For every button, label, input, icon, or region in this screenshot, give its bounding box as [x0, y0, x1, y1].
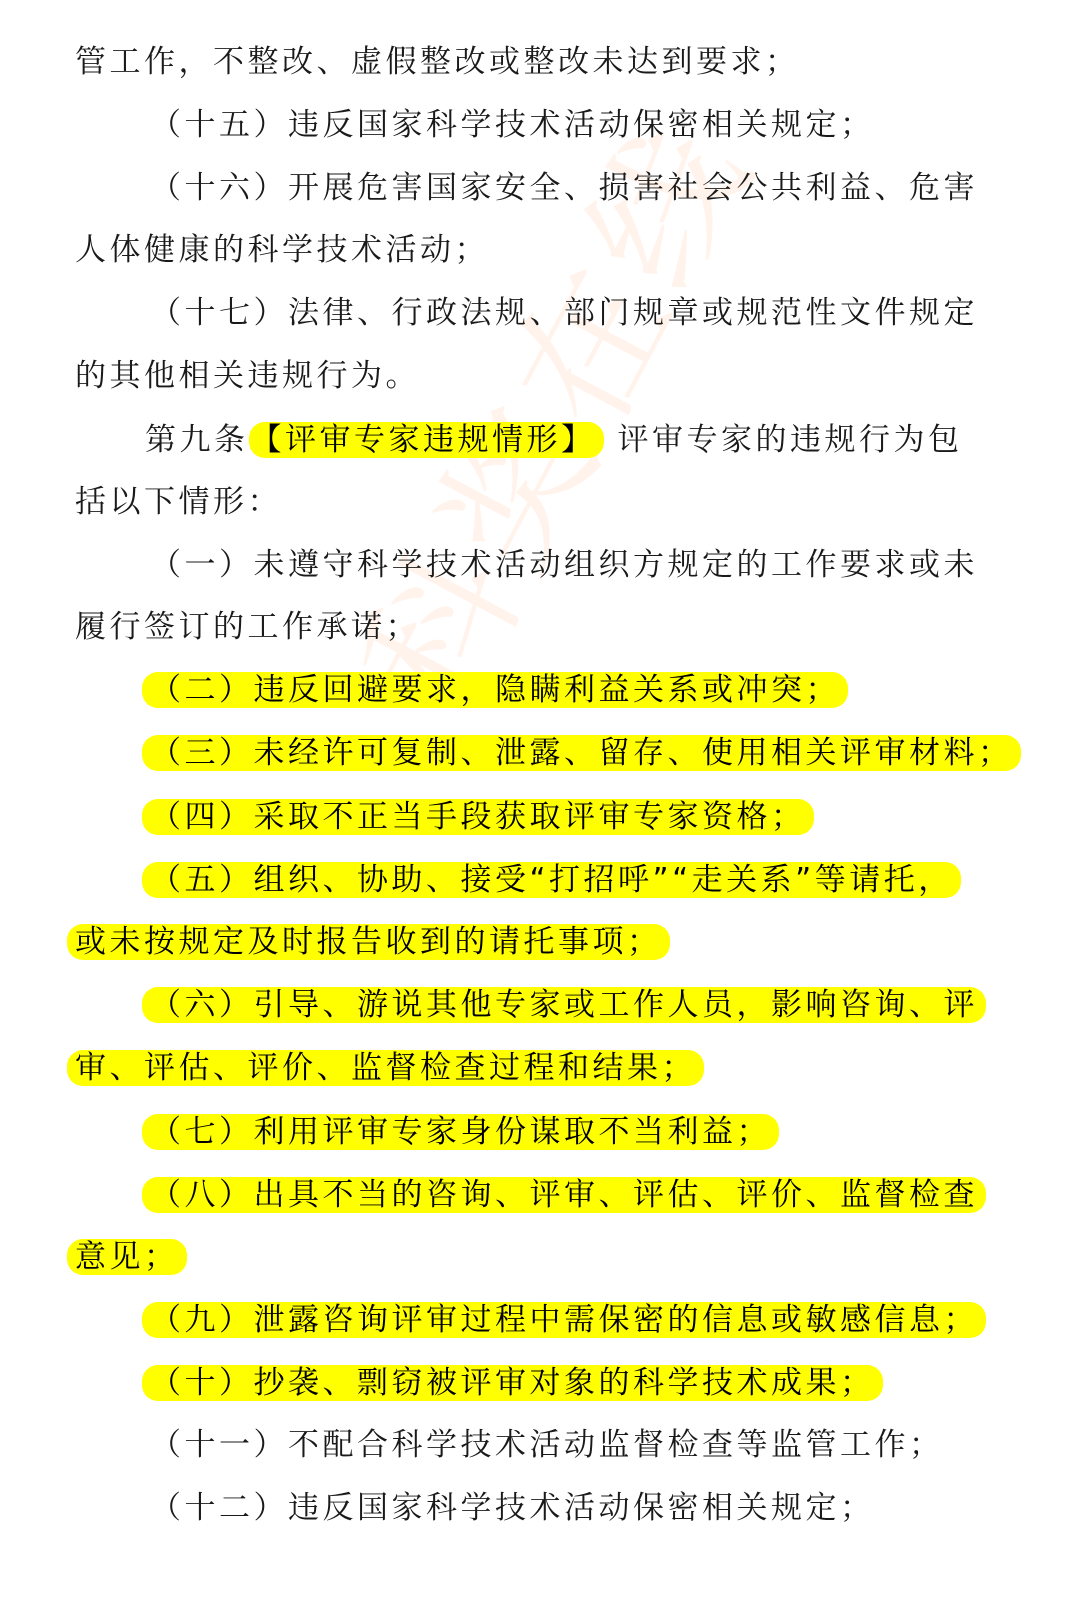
line-text: （一）未遵守科学技术活动组织方规定的工作要求或未	[150, 547, 978, 583]
list-item-2: （二）违反回避要求，隐瞒利益关系或冲突；	[150, 670, 848, 710]
line-text: 括以下情形：	[75, 484, 282, 520]
list-item-8: （八）出具不当的咨询、评审、评估、评价、监督检查	[150, 1175, 986, 1215]
highlighted-text: （六）引导、游说其他专家或工作人员，影响咨询、评	[142, 987, 986, 1023]
list-item-8-cont: 意见；	[75, 1237, 187, 1277]
highlighted-text: 意见；	[67, 1239, 187, 1275]
highlighted-text: （五）组织、协助、接受“打招呼”“走关系”等请托，	[142, 862, 961, 898]
highlighted-text: （四）采取不正当手段获取评审专家资格；	[142, 799, 814, 835]
line-text: （十二）违反国家科学技术活动保密相关规定；	[150, 1490, 875, 1526]
article-9-heading: 第九条【评审专家违规情形】评审专家的违规行为包	[145, 420, 963, 460]
list-item-9: （九）泄露咨询评审过程中需保密的信息或敏感信息；	[150, 1300, 986, 1340]
list-item-4: （四）采取不正当手段获取评审专家资格；	[150, 797, 814, 837]
list-item-1-cont: 履行签订的工作承诺；	[75, 607, 420, 647]
highlighted-text: 或未按规定及时报告收到的请托事项；	[67, 924, 670, 960]
list-item-15: （十五）违反国家科学技术活动保密相关规定；	[150, 105, 850, 145]
line-text: （十五）违反国家科学技术活动保密相关规定；	[150, 107, 875, 143]
highlighted-text: 审、评估、评价、监督检查过程和结果；	[67, 1050, 704, 1086]
list-item-16-cont: 人体健康的科学技术活动；	[75, 230, 489, 270]
list-item-16: （十六）开展危害国家安全、损害社会公共利益、危害	[150, 168, 970, 208]
text-line: 管工作，不整改、虚假整改或整改未达到要求；	[75, 42, 800, 82]
list-item-5-cont: 或未按规定及时报告收到的请托事项；	[75, 922, 670, 962]
highlighted-text: （三）未经许可复制、泄露、留存、使用相关评审材料；	[142, 735, 1021, 771]
list-item-6-cont: 审、评估、评价、监督检查过程和结果；	[75, 1048, 704, 1088]
highlighted-text: （八）出具不当的咨询、评审、评估、评价、监督检查	[142, 1177, 986, 1213]
document-page: 科奖在线 管工作，不整改、虚假整改或整改未达到要求； （十五）违反国家科学技术活…	[0, 0, 1080, 1615]
list-item-12: （十二）违反国家科学技术活动保密相关规定；	[150, 1488, 875, 1528]
article-intro: 评审专家的违规行为包	[618, 422, 963, 458]
list-item-17-cont: 的其他相关违规行为。	[75, 356, 420, 396]
list-item-3: （三）未经许可复制、泄露、留存、使用相关评审材料；	[150, 733, 1021, 773]
list-item-6: （六）引导、游说其他专家或工作人员，影响咨询、评	[150, 985, 986, 1025]
line-text: 履行签订的工作承诺；	[75, 609, 420, 645]
list-item-5: （五）组织、协助、接受“打招呼”“走关系”等请托，	[150, 860, 961, 900]
line-text: （十一）不配合科学技术活动监督检查等监管工作；	[150, 1427, 944, 1463]
line-text: 的其他相关违规行为。	[75, 358, 420, 394]
line-text: 人体健康的科学技术活动；	[75, 232, 489, 268]
list-item-7: （七）利用评审专家身份谋取不当利益；	[150, 1112, 779, 1152]
article-number: 第九条	[145, 422, 249, 458]
list-item-1: （一）未遵守科学技术活动组织方规定的工作要求或未	[150, 545, 978, 585]
line-text: （十六）开展危害国家安全、损害社会公共利益、危害	[150, 170, 978, 206]
line-text: 管工作，不整改、虚假整改或整改未达到要求；	[75, 42, 800, 82]
highlighted-text: （二）违反回避要求，隐瞒利益关系或冲突；	[142, 672, 848, 708]
list-item-10: （十）抄袭、剽窃被评审对象的科学技术成果；	[150, 1363, 883, 1403]
article-title-highlight: 【评审专家违规情形】	[249, 422, 604, 458]
line-text: （十七）法律、行政法规、部门规章或规范性文件规定	[150, 295, 978, 331]
article-9-intro-cont: 括以下情形：	[75, 482, 282, 522]
highlighted-text: （七）利用评审专家身份谋取不当利益；	[142, 1114, 779, 1150]
list-item-11: （十一）不配合科学技术活动监督检查等监管工作；	[150, 1425, 944, 1465]
highlighted-text: （十）抄袭、剽窃被评审对象的科学技术成果；	[142, 1365, 883, 1401]
highlighted-text: （九）泄露咨询评审过程中需保密的信息或敏感信息；	[142, 1302, 986, 1338]
list-item-17: （十七）法律、行政法规、部门规章或规范性文件规定	[150, 293, 970, 333]
